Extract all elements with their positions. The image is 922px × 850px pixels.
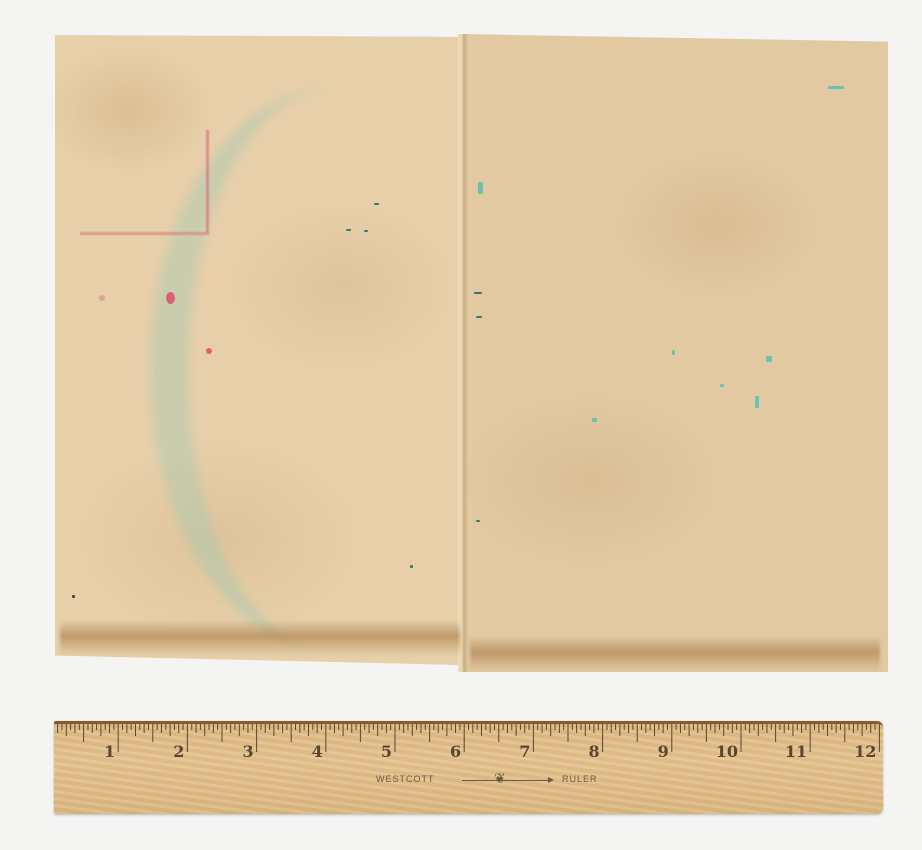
ruler-arrow-icon <box>462 780 552 781</box>
ink-speck <box>346 229 351 231</box>
ruler-number-6: 6 <box>450 742 464 761</box>
water-stain-left <box>60 620 460 656</box>
paper-right-panel <box>462 34 888 672</box>
ink-speck <box>474 292 482 294</box>
ink-speck <box>476 520 480 522</box>
ink-speck <box>766 356 772 362</box>
ink-speck <box>410 565 413 568</box>
ink-speck <box>374 203 379 205</box>
ruler-number-10: 10 <box>716 742 741 761</box>
pink-stamp-bleed <box>80 130 209 235</box>
ink-speck <box>828 86 844 89</box>
ruler-number-11: 11 <box>785 742 810 761</box>
ruler-number-7: 7 <box>519 742 533 761</box>
ruler-brand-left: WESTCOTT <box>376 774 435 784</box>
ruler-brand-right: RULER <box>562 774 598 784</box>
ruler-number-1: 1 <box>104 742 118 761</box>
water-stain-right <box>470 636 880 672</box>
pink-ink-mark <box>206 348 212 354</box>
ink-speck <box>592 418 597 422</box>
ink-speck <box>72 595 75 598</box>
ruler-number-3: 3 <box>242 742 256 761</box>
ruler-number-12: 12 <box>854 742 879 761</box>
pink-ink-mark <box>166 292 175 304</box>
ruler-number-2: 2 <box>173 742 187 761</box>
ruler-number-5: 5 <box>381 742 395 761</box>
ruler-logo-icon: ❦ <box>494 770 506 787</box>
ink-speck <box>720 384 724 387</box>
ink-speck <box>755 396 759 408</box>
ruler-number-9: 9 <box>658 742 672 761</box>
ink-speck <box>672 350 675 355</box>
pink-ink-mark <box>99 295 105 301</box>
ruler-number-8: 8 <box>588 742 602 761</box>
ink-speck <box>364 230 368 232</box>
wooden-ruler: 123456789101112 WESTCOTT ❦ RULER <box>54 721 883 814</box>
ink-speck <box>478 182 483 194</box>
ink-speck <box>476 316 482 318</box>
ruler-number-4: 4 <box>312 742 326 761</box>
